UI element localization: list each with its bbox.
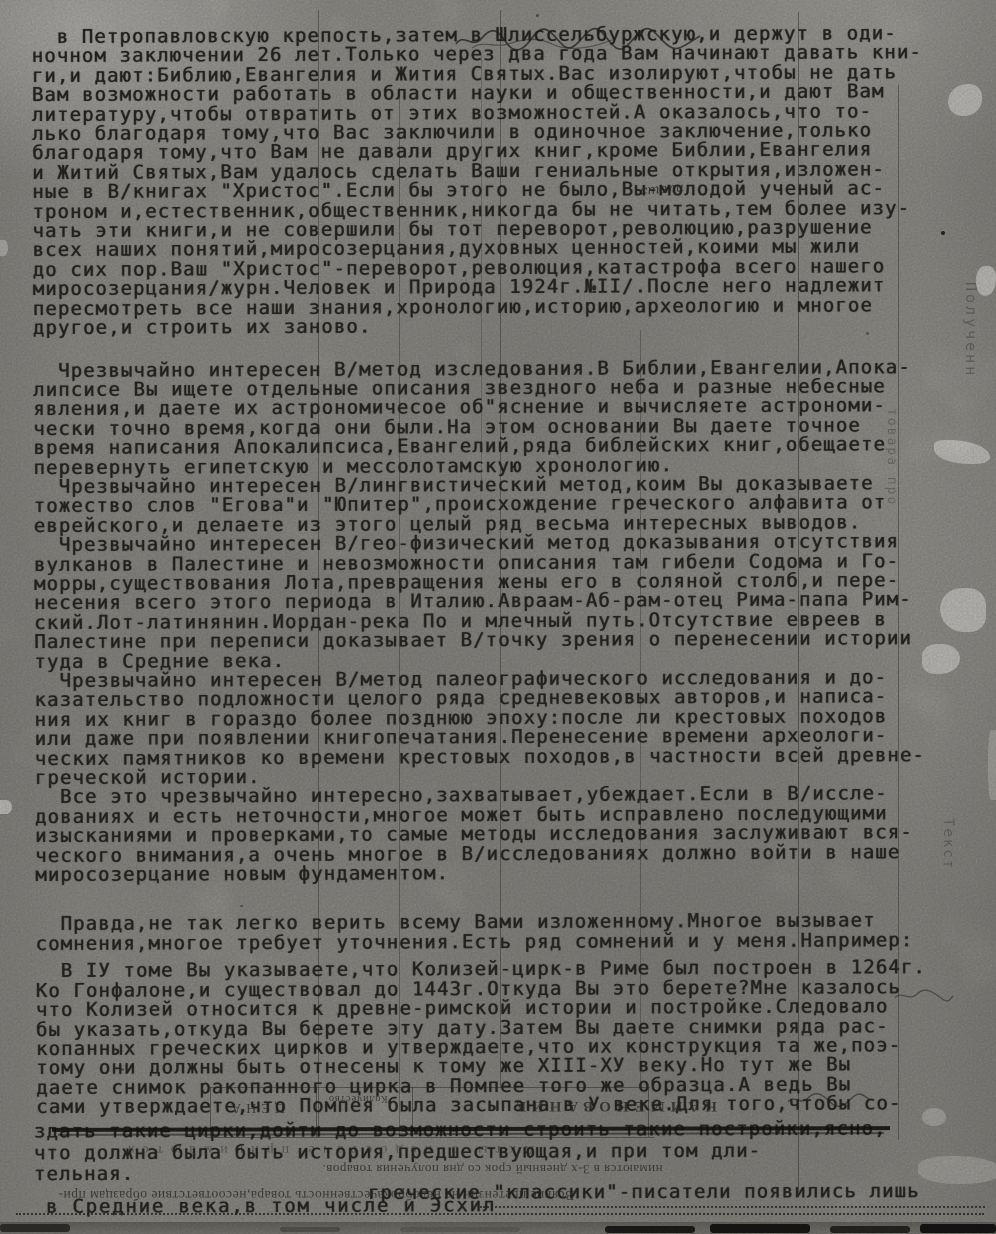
ink-speck <box>120 1068 124 1071</box>
paper-damage-patch <box>0 800 12 814</box>
margin-note-fragment: Полученн <box>962 282 980 378</box>
ink-speck <box>240 905 243 907</box>
handwriting-scribble <box>893 988 955 1004</box>
typescript-line-overlap: что должна была быть история,предшествую… <box>34 1142 761 1164</box>
paragraph-2: Чрезвычайно интересен В/метод изследован… <box>33 357 965 478</box>
ink-speck <box>536 14 539 17</box>
typescript-line: другое,и строить их заново. <box>33 315 965 338</box>
handwriting-scribble <box>452 26 707 54</box>
paper-damage-patch <box>922 1108 946 1126</box>
scan-edge-smudge <box>710 1224 810 1233</box>
typescript-line-sredniye: в Средние века,в том числе и Эсхил <box>46 1196 496 1217</box>
handwriting-scribble <box>786 1090 872 1108</box>
scan-edge-smudge <box>400 1227 520 1232</box>
scan-edge-smudge <box>830 1226 910 1233</box>
scan-edge-smudge <box>0 1224 70 1232</box>
typescript-line-telnaya: тельная. <box>34 1165 134 1185</box>
paper-damage-patch <box>988 730 996 800</box>
inverted-form-line-srok: нимаются в 3-х дневный срок со дня получ… <box>322 1161 663 1177</box>
scan-edge-band <box>0 1222 996 1234</box>
paper-damage-patch <box>918 1156 996 1184</box>
margin-note-fragment: Текст <box>940 818 956 870</box>
ink-speck <box>700 560 702 562</box>
paper-damage-patch <box>976 266 996 296</box>
paragraph-1: в Петропавловскую крепость,затем в Шлисс… <box>32 24 965 339</box>
typescript-line: сомнения,многое требует уточнения.Есть р… <box>36 931 968 954</box>
paragraph-5: Чрезвычайно интересен В/метод палеографи… <box>34 668 966 789</box>
ink-speck <box>941 231 945 235</box>
paragraph-7: Правда,не так легко верить всему Вами из… <box>35 911 967 954</box>
margin-note-fragment: товара про <box>884 408 899 506</box>
ink-speck <box>866 332 869 335</box>
scanned-letter-page: ЦЕНА Количество НАИМЕНОВАНИЕ Акты о недо… <box>0 0 996 1234</box>
scan-edge-smudge <box>920 1224 996 1233</box>
paragraph-4: Чрезвычайно интересен В/гео-физический м… <box>34 532 967 672</box>
typescript-line: миросозерцание новым фундаментом. <box>35 862 967 885</box>
paragraph-3: Чрезвычайно интересен В/лингвистический … <box>34 474 966 536</box>
paper-damage-patch <box>940 588 986 632</box>
scan-edge-smudge <box>280 1227 340 1232</box>
paper-damage-patch <box>948 84 982 116</box>
typescript-line: Палестине при переписи доказывает В/точк… <box>34 629 966 652</box>
typescript-column: в Петропавловскую крепость,затем в Шлисс… <box>32 24 969 1118</box>
dotted-rule <box>480 1206 985 1208</box>
paragraph-6: Все это чрезвычайно интересно,захватывае… <box>35 784 967 885</box>
scan-edge-smudge <box>605 1226 695 1233</box>
paper-damage-patch <box>0 240 8 256</box>
